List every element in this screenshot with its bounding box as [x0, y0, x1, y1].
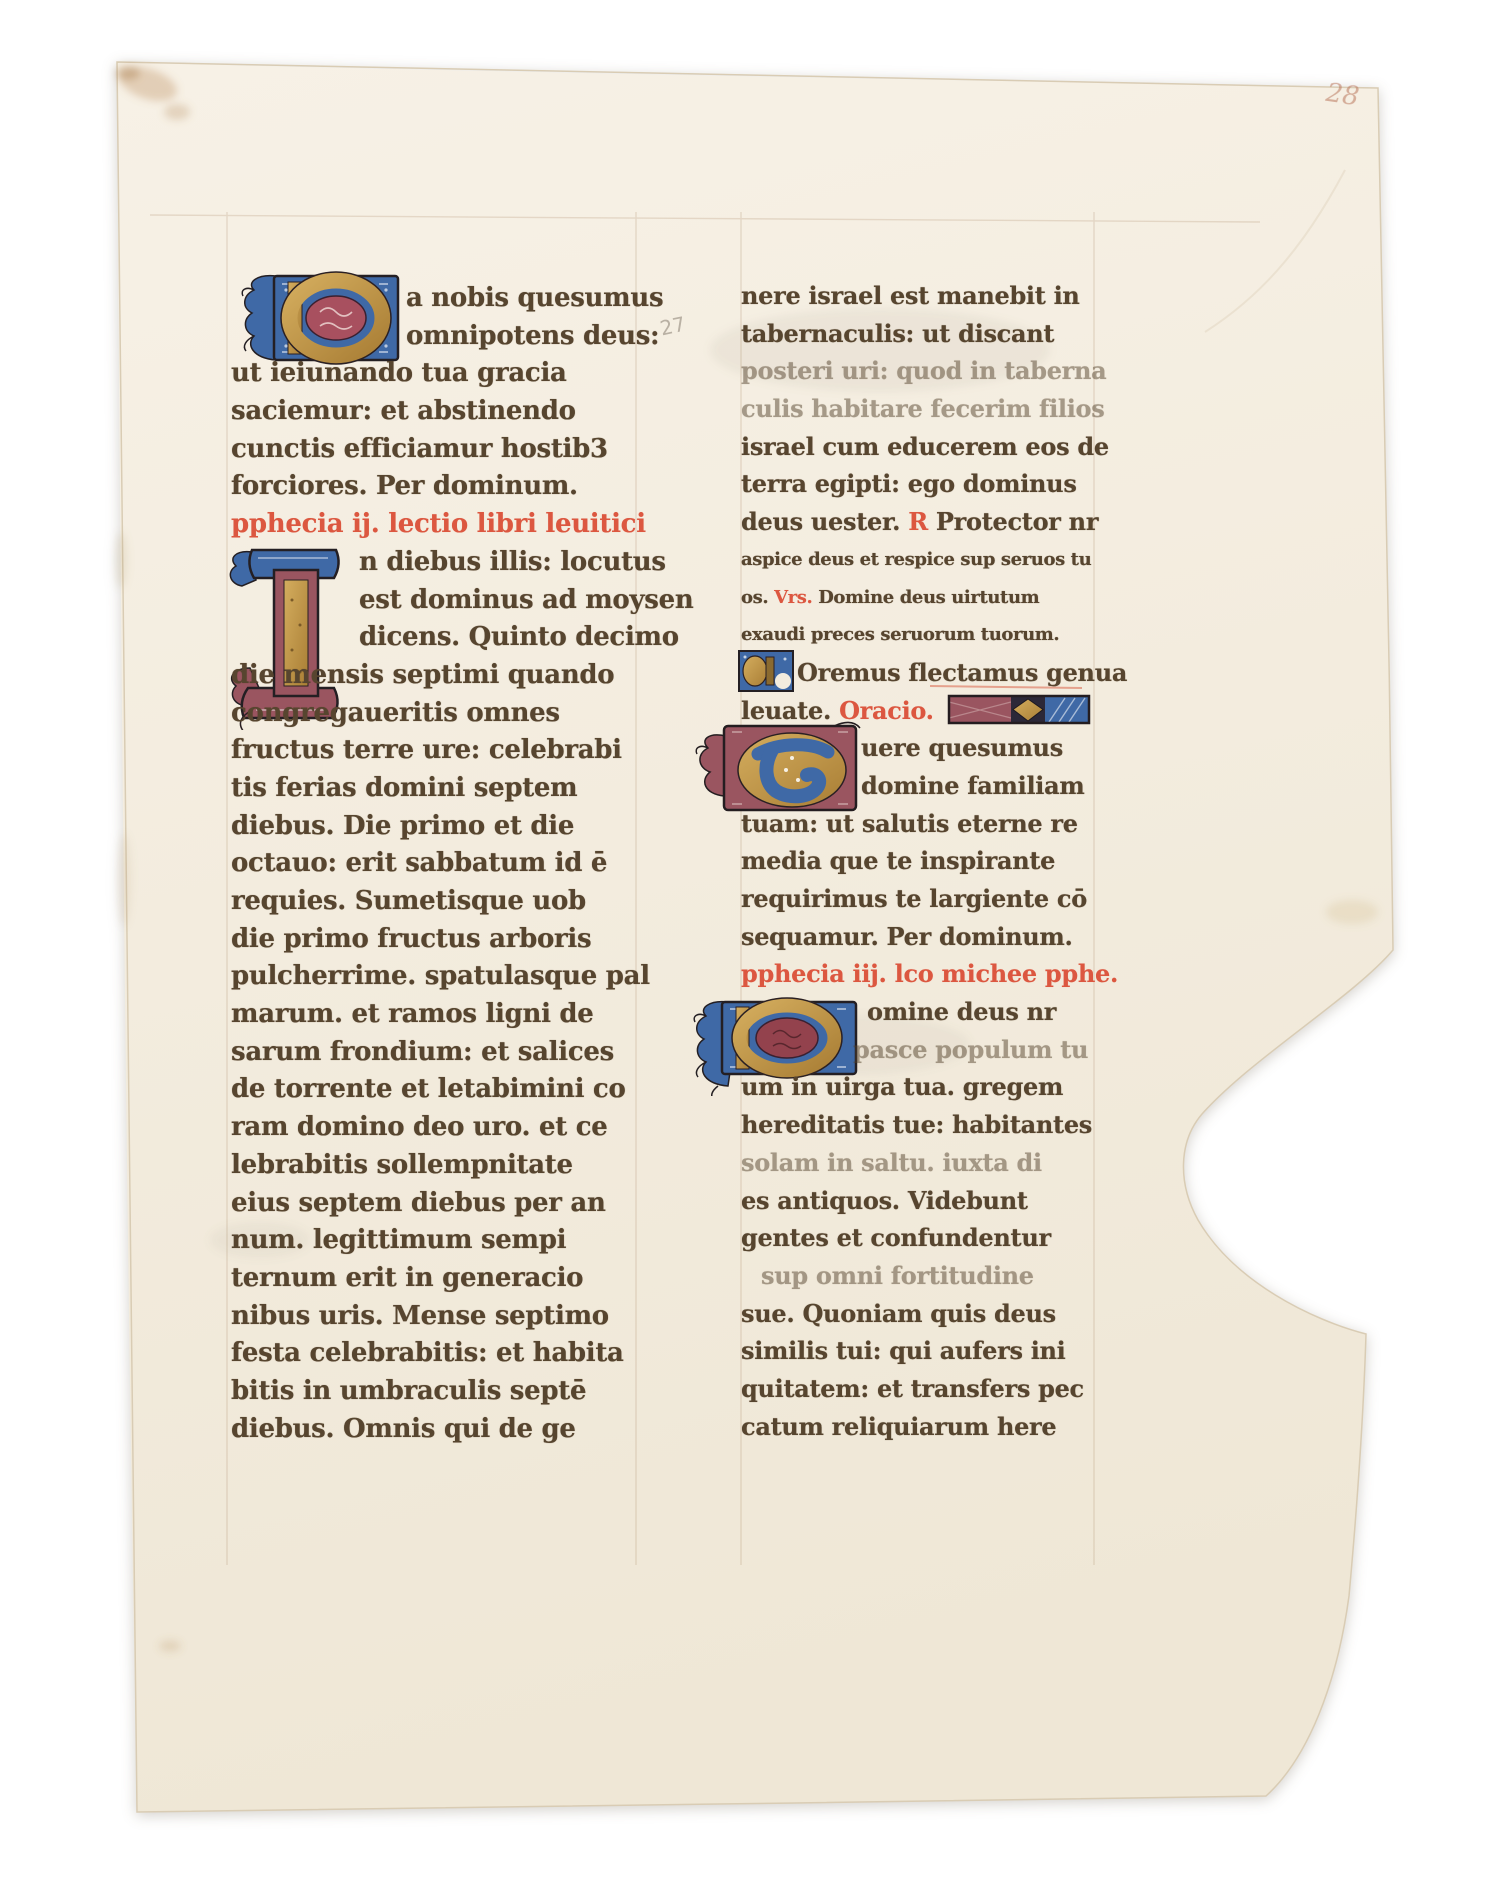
manuscript-text-line: tuam: ut salutis eterne re	[741, 805, 1093, 843]
manuscript-text-line: Oremus flectamus genua	[741, 654, 1093, 692]
manuscript-text-line: nere israel est manebit in	[741, 277, 1093, 315]
manuscript-text-line: um in uirga tua. gregem	[741, 1068, 1093, 1106]
manuscript-text-line: diebus. Omnis qui de ge	[231, 1411, 636, 1449]
body-text: leuate.	[741, 696, 839, 725]
manuscript-text-line: lebrabitis sollempnitate	[231, 1147, 636, 1185]
body-text: congregaueritis omnes	[231, 698, 560, 728]
manuscript-text-line: bitis in umbraculis septē	[231, 1373, 636, 1411]
manuscript-text-line: deus uester. R Protector nr	[741, 503, 1093, 541]
manuscript-text-line: forciores. Per dominum.	[231, 468, 636, 506]
body-text: est dominus ad moysen	[359, 585, 693, 615]
body-text: Protector nr	[936, 507, 1098, 536]
manuscript-text-line: gentes et confundentur	[741, 1219, 1093, 1257]
body-text: sup omni fortitudine	[761, 1261, 1034, 1290]
manuscript-text-line: n diebus illis: locutus	[231, 544, 636, 582]
manuscript-text-line: congregaueritis omnes	[231, 695, 636, 733]
body-text: tabernaculis: ut discant	[741, 319, 1054, 348]
manuscript-text-line: pasce populum tu	[741, 1031, 1093, 1069]
manuscript-text-line: a nobis quesumus	[231, 280, 636, 318]
body-text: marum. et ramos ligni de	[231, 999, 594, 1029]
manuscript-text-line: eius septem diebus per an	[231, 1185, 636, 1223]
manuscript-text-line: hereditatis tue: habitantes	[741, 1106, 1093, 1144]
manuscript-text-line: num. legittimum sempi	[231, 1222, 636, 1260]
manuscript-text-line: est dominus ad moysen	[231, 582, 636, 620]
manuscript-text-line: sarum frondium: et salices	[231, 1034, 636, 1072]
body-text: bitis in umbraculis septē	[231, 1376, 586, 1406]
body-text: sequamur. Per dominum.	[741, 922, 1073, 951]
body-text: Oremus flectamus genua	[797, 658, 1127, 687]
body-text: die mensis septimi quando	[231, 660, 614, 690]
rubric-text: pphecia ij. lectio libri leuitici	[231, 509, 646, 539]
body-text: requies. Sumetisque uob	[231, 886, 586, 916]
manuscript-text-line: die primo fructus arboris	[231, 921, 636, 959]
body-text: octauo: erit sabbatum id ē	[231, 848, 607, 878]
rubric-text: pphecia iij. lco michee pphe.	[741, 959, 1118, 988]
body-text: um in uirga tua. gregem	[741, 1072, 1063, 1101]
body-text: quitatem: et transfers pec	[741, 1374, 1084, 1403]
body-text: festa celebrabitis: et habita	[231, 1338, 624, 1368]
manuscript-text-line: pphecia ij. lectio libri leuitici	[231, 506, 636, 544]
manuscript-text-line: requirimus te largiente cō	[741, 880, 1093, 918]
manuscript-text-line: terra egipti: ego dominus	[741, 465, 1093, 503]
body-text: gentes et confundentur	[741, 1223, 1051, 1252]
body-text: ram domino deo uro. et ce	[231, 1112, 608, 1142]
manuscript-text-line: pulcherrime. spatulasque pal	[231, 958, 636, 996]
manuscript-text-line: nibus uris. Mense septimo	[231, 1298, 636, 1336]
body-text: domine familiam	[861, 771, 1084, 800]
manuscript-text-line: os. Vrs. Domine deus uirtutum	[741, 579, 1093, 617]
manuscript-text-line: festa celebrabitis: et habita	[231, 1335, 636, 1373]
body-text: tuam: ut salutis eterne re	[741, 809, 1078, 838]
manuscript-leaf-photo: a nobis quesumusomnipotens deus:ut ieiun…	[0, 0, 1500, 1877]
manuscript-text-line: aspice deus et respice sup seruos tu	[741, 541, 1093, 579]
manuscript-text-line: es antiquos. Videbunt	[741, 1182, 1093, 1220]
manuscript-text-line: fructus terre ure: celebrabi	[231, 732, 636, 770]
body-text: posteri uri: quod in taberna	[741, 356, 1106, 385]
body-text: uere quesumus	[861, 733, 1063, 762]
body-text: dicens. Quinto decimo	[359, 622, 679, 652]
text-column-left: a nobis quesumusomnipotens deus:ut ieiun…	[231, 280, 636, 1448]
manuscript-text-line: omnipotens deus:	[231, 318, 636, 356]
manuscript-text-line: pphecia iij. lco michee pphe.	[741, 955, 1093, 993]
manuscript-text-line: requies. Sumetisque uob	[231, 883, 636, 921]
manuscript-text-line: media que te inspirante	[741, 842, 1093, 880]
body-text: es antiquos. Videbunt	[741, 1186, 1028, 1215]
body-text: exaudi preces seruorum tuorum.	[741, 624, 1059, 645]
manuscript-text-line: dicens. Quinto decimo	[231, 619, 636, 657]
body-text: eius septem diebus per an	[231, 1188, 606, 1218]
body-text: diebus. Omnis qui de ge	[231, 1414, 576, 1444]
body-text: sue. Quoniam quis deus	[741, 1299, 1056, 1328]
manuscript-text-line: culis habitare fecerim filios	[741, 390, 1093, 428]
body-text: omnipotens deus:	[406, 321, 659, 351]
body-text: diebus. Die primo et die	[231, 811, 574, 841]
body-text: ternum erit in generacio	[231, 1263, 583, 1293]
manuscript-text-line: sequamur. Per dominum.	[741, 918, 1093, 956]
manuscript-text-line: tis ferias domini septem	[231, 770, 636, 808]
manuscript-text-line: octauo: erit sabbatum id ē	[231, 845, 636, 883]
manuscript-text-line: quitatem: et transfers pec	[741, 1370, 1093, 1408]
rubric-text: Oracio.	[839, 696, 934, 725]
manuscript-text-line: domine familiam	[741, 767, 1093, 805]
body-text: cunctis efficiamur hostib3	[231, 434, 608, 464]
rubric-text: R	[908, 507, 936, 536]
manuscript-text-line: omine deus nr	[741, 993, 1093, 1031]
body-text: deus uester.	[741, 507, 908, 536]
manuscript-text-line: diebus. Die primo et die	[231, 808, 636, 846]
body-text: fructus terre ure: celebrabi	[231, 735, 622, 765]
body-text: pulcherrime. spatulasque pal	[231, 961, 650, 991]
manuscript-text-line: ut ieiunando tua gracia	[231, 355, 636, 393]
manuscript-text-line: tabernaculis: ut discant	[741, 315, 1093, 353]
body-text: aspice deus et respice sup seruos tu	[741, 549, 1091, 570]
body-text: num. legittimum sempi	[231, 1225, 566, 1255]
body-text: n diebus illis: locutus	[359, 547, 666, 577]
manuscript-text-line: similis tui: qui aufers ini	[741, 1332, 1093, 1370]
manuscript-text-line: marum. et ramos ligni de	[231, 996, 636, 1034]
body-text: catum reliquiarum here	[741, 1412, 1056, 1441]
manuscript-text-line: uere quesumus	[741, 729, 1093, 767]
body-text: os.	[741, 587, 774, 608]
body-text: culis habitare fecerim filios	[741, 394, 1104, 423]
body-text: media que te inspirante	[741, 846, 1055, 875]
body-text: tis ferias domini septem	[231, 773, 577, 803]
body-text: hereditatis tue: habitantes	[741, 1110, 1092, 1139]
text-column-right: nere israel est manebit intabernaculis: …	[741, 277, 1093, 1445]
manuscript-text-line: solam in saltu. iuxta di	[741, 1144, 1093, 1182]
body-text: pasce populum tu	[853, 1035, 1088, 1064]
manuscript-text-line: de torrente et letabimini co	[231, 1071, 636, 1109]
body-text: requirimus te largiente cō	[741, 884, 1087, 913]
manuscript-text-line: saciemur: et abstinendo	[231, 393, 636, 431]
body-text: similis tui: qui aufers ini	[741, 1336, 1066, 1365]
manuscript-text-line: catum reliquiarum here	[741, 1408, 1093, 1446]
body-text: lebrabitis sollempnitate	[231, 1150, 573, 1180]
manuscript-text-line: israel cum educerem eos de	[741, 428, 1093, 466]
manuscript-text-line: leuate. Oracio.	[741, 692, 1093, 730]
body-text: nere israel est manebit in	[741, 281, 1080, 310]
body-text: sarum frondium: et salices	[231, 1037, 614, 1067]
manuscript-text-line: ram domino deo uro. et ce	[231, 1109, 636, 1147]
manuscript-text-line: sup omni fortitudine	[741, 1257, 1093, 1295]
body-text: terra egipti: ego dominus	[741, 469, 1077, 498]
rubric-text: Vrs.	[774, 587, 818, 608]
body-text: solam in saltu. iuxta di	[741, 1148, 1042, 1177]
body-text: de torrente et letabimini co	[231, 1074, 626, 1104]
manuscript-text-line: exaudi preces seruorum tuorum.	[741, 616, 1093, 654]
manuscript-text-line: ternum erit in generacio	[231, 1260, 636, 1298]
body-text: Domine deus uirtutum	[818, 587, 1039, 608]
manuscript-text-line: cunctis efficiamur hostib3	[231, 431, 636, 469]
body-text: nibus uris. Mense septimo	[231, 1301, 609, 1331]
body-text: die primo fructus arboris	[231, 924, 591, 954]
folio-number: 28	[1324, 78, 1361, 112]
manuscript-text-line: die mensis septimi quando	[231, 657, 636, 695]
body-text: israel cum educerem eos de	[741, 432, 1109, 461]
body-text: saciemur: et abstinendo	[231, 396, 576, 426]
body-text: a nobis quesumus	[406, 283, 663, 313]
body-text: omine deus nr	[867, 997, 1056, 1026]
body-text: forciores. Per dominum.	[231, 471, 578, 501]
manuscript-text-line: sue. Quoniam quis deus	[741, 1295, 1093, 1333]
manuscript-text-line: posteri uri: quod in taberna	[741, 352, 1093, 390]
body-text: ut ieiunando tua gracia	[231, 358, 567, 388]
